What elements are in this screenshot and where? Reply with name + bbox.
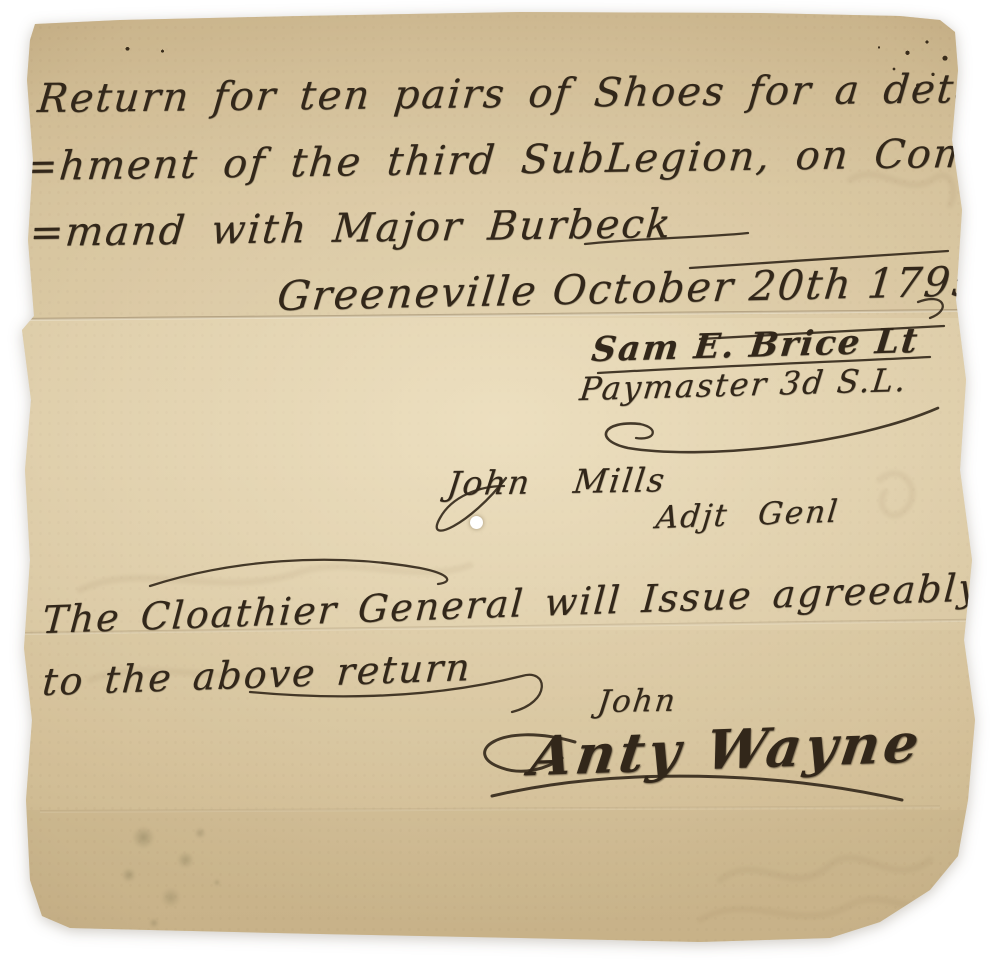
manuscript-dateline: Greeneville October 20th 1795. bbox=[275, 257, 997, 320]
signature-john-mills: John Mills bbox=[445, 460, 668, 503]
manuscript-line-sublegion: =hment of the third SubLegion, on Com bbox=[22, 131, 975, 190]
paper-shadow-wrap: Return for ten pairs of Shoes for a deta… bbox=[0, 0, 1000, 960]
manuscript-paper: Return for ten pairs of Shoes for a deta… bbox=[0, 0, 1000, 960]
manuscript-line-burbeck: =mand with Major Burbeck bbox=[28, 201, 674, 256]
signature-paymaster-title: Paymaster 3d S.L. bbox=[578, 361, 910, 408]
signature-adjt-genl: Adjt Genl bbox=[654, 494, 841, 537]
ink-smudge-stain bbox=[70, 800, 280, 950]
signature-anthony-wayne: Anty Wayne bbox=[526, 710, 927, 788]
flourish-paymaster-loop bbox=[636, 424, 653, 438]
document-scan: Return for ten pairs of Shoes for a deta… bbox=[0, 0, 1000, 960]
flourish-paymaster-swash bbox=[606, 408, 938, 452]
ink-specks-top-left bbox=[110, 38, 180, 62]
endorsement-line-2: to the above return bbox=[41, 645, 473, 704]
manuscript-line-return: Return for ten pairs of Shoes for a deta… bbox=[36, 66, 1000, 122]
punch-hole bbox=[470, 516, 483, 529]
signature-john: John bbox=[596, 683, 679, 720]
endorsement-line-1: The Cloathier General will Issue agreeab… bbox=[41, 565, 983, 642]
flourish-the-tcross bbox=[150, 560, 447, 586]
